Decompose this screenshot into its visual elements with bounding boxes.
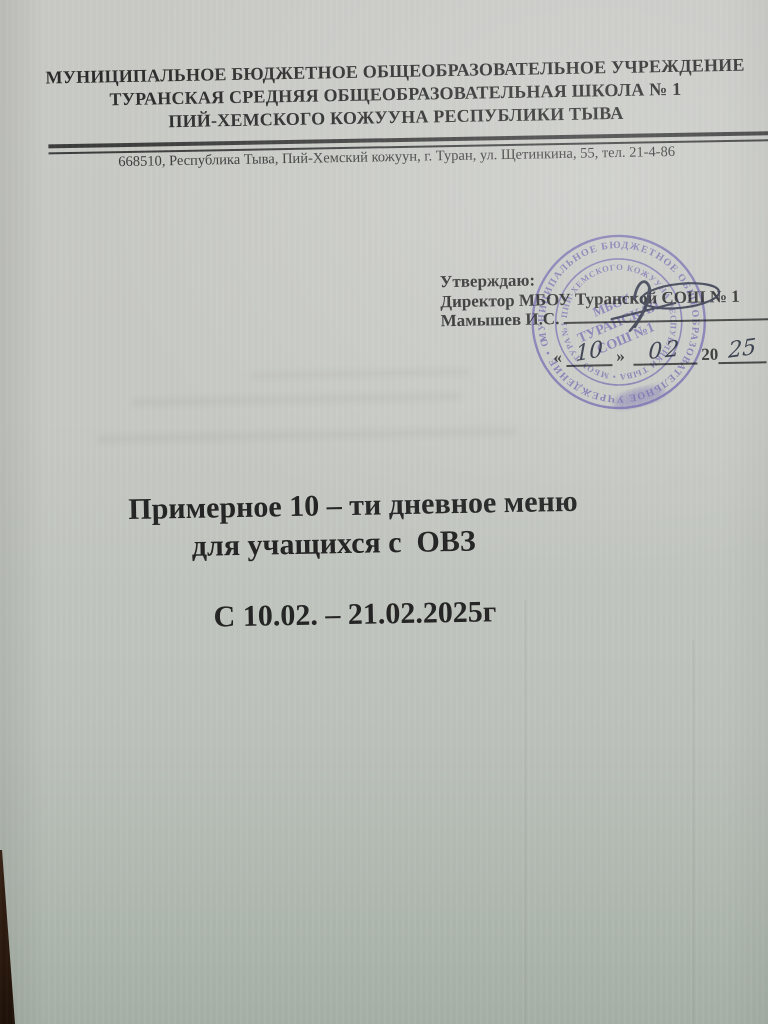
signature-oval-flourish [640,280,720,312]
paper-showthrough [97,428,517,443]
director-signature [538,248,760,352]
document-title: Примерное 10 – ти дневное меню для учащи… [33,481,676,640]
paper-crease [692,640,695,1024]
stamp-ink-smudge [612,383,666,412]
paper-showthrough [131,393,461,406]
title-date-range: С 10.02. – 21.02.2025г [35,590,676,640]
paper-showthrough [251,369,471,379]
signature-stroke-3 [611,303,675,319]
letterhead: МУНИЦИПАЛЬНОЕ БЮДЖЕТНОЕ ОБЩЕОБРАЗОВАТЕЛЬ… [11,53,768,136]
paper-crease [524,600,527,1024]
photographed-document: МУНИЦИПАЛЬНОЕ БЮДЖЕТНОЕ ОБЩЕОБРАЗОВАТЕЛЬ… [0,0,768,1024]
document-page: МУНИЦИПАЛЬНОЕ БЮДЖЕТНОЕ ОБЩЕОБРАЗОВАТЕЛЬ… [0,0,768,1024]
